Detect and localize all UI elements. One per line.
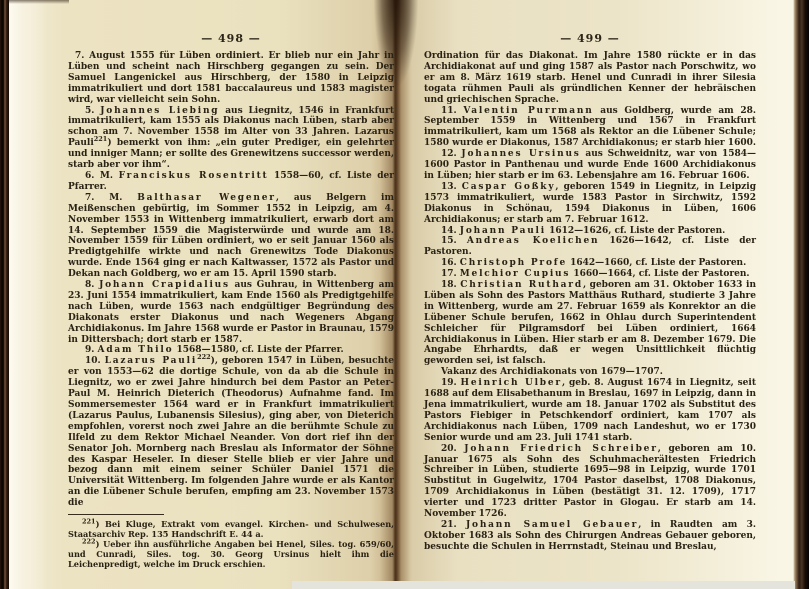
paragraph: Ordination für das Diakonat. Im Jahre 15… bbox=[424, 51, 756, 106]
footnote: 222) Ueber ihn ausführliche Angaben bei … bbox=[68, 539, 394, 569]
text-segment: Ordination für das Diakonat. Im Jahre 15… bbox=[424, 51, 756, 105]
text-segment: 12. bbox=[441, 149, 461, 159]
person-name: Christoph Profe bbox=[460, 258, 567, 268]
person-name: Franciskus Rosentritt bbox=[119, 171, 269, 181]
paragraph: 12. Johannes Ursinus aus Schweidnitz, wa… bbox=[424, 149, 756, 182]
paragraph: 9. Adam Thilo 1568—1580, cf. Liste der P… bbox=[68, 345, 394, 356]
text-segment: 8. bbox=[85, 280, 99, 290]
page-number-left: — 498 — bbox=[68, 32, 394, 45]
person-name: Melchior Cupius bbox=[460, 269, 570, 279]
person-name: Johann Friedrich Schreiber bbox=[464, 444, 657, 454]
paragraph: 7. M. Balthasar Wegener, aus Belgern im … bbox=[68, 193, 394, 280]
text-segment: , geboren am 31. Oktober 1633 in Lüben a… bbox=[424, 280, 756, 366]
person-name: Adam Thilo bbox=[98, 345, 174, 355]
right-page-text: Ordination für das Diakonat. Im Jahre 15… bbox=[424, 51, 756, 553]
footnote-marker: 222 bbox=[197, 353, 211, 361]
paragraph: 16. Christoph Profe 1642—1660, cf. Liste… bbox=[424, 258, 756, 269]
text-segment: 13. bbox=[441, 182, 462, 192]
book-cover-edge-left bbox=[0, 0, 9, 589]
paragraph: 11. Valentin Purrmann aus Goldberg, wurd… bbox=[424, 106, 756, 150]
person-name: Johann Crapidalius bbox=[99, 280, 230, 290]
text-segment: Vakanz des Archidiakonats von 1679—1707. bbox=[441, 367, 663, 377]
text-segment: ) Bei Kluge, Extrakt vom evangel. Kirche… bbox=[68, 519, 394, 539]
page-body: 7. August 1555 für Lüben ordiniert. Er b… bbox=[68, 51, 394, 509]
text-segment: 10. bbox=[85, 356, 105, 366]
text-segment: ) bemerkt von ihm: „ein guter Prediger, … bbox=[68, 138, 394, 170]
person-name: Valentin Purrmann bbox=[463, 106, 593, 116]
text-segment: 7. M. bbox=[85, 193, 137, 203]
person-name: Balthasar Wegener bbox=[137, 193, 276, 203]
text-segment: 21. bbox=[441, 520, 466, 530]
text-segment: 16. bbox=[441, 258, 460, 268]
paragraph: Vakanz des Archidiakonats von 1679—1707. bbox=[424, 367, 756, 378]
text-segment: 6. M. bbox=[85, 171, 119, 181]
text-segment: 5. bbox=[85, 106, 100, 116]
person-name: Heinrich Ulber bbox=[461, 378, 562, 388]
text-segment: 20. bbox=[441, 444, 464, 454]
text-segment: 1612—1626, cf. Liste der Pastoren. bbox=[546, 226, 725, 236]
text-segment: 17. bbox=[441, 269, 460, 279]
paragraph: 15. Andreas Koelichen 1626—1642, cf. Lis… bbox=[424, 236, 756, 258]
scan-top-edge bbox=[9, 0, 69, 4]
book-scan: — 498 — — 499 — 7. August 1555 für Lüben… bbox=[0, 0, 809, 589]
paragraph: 19. Heinrich Ulber, geb. 8. August 1674 … bbox=[424, 378, 756, 443]
paragraph: 7. August 1555 für Lüben ordiniert. Er b… bbox=[68, 51, 394, 106]
text-segment: 9. bbox=[85, 345, 98, 355]
text-segment: 1660—1664, cf. Liste der Pastoren. bbox=[570, 269, 749, 279]
text-segment: 7. August 1555 für Lüben ordiniert. Er b… bbox=[68, 51, 394, 105]
footnote: 221) Bei Kluge, Extrakt vom evangel. Kir… bbox=[68, 519, 394, 539]
paragraph: 18. Christian Ruthard, geboren am 31. Ok… bbox=[424, 280, 756, 367]
paragraph: 6. M. Franciskus Rosentritt 1558—60, cf.… bbox=[68, 171, 394, 193]
book-cover-edge-right bbox=[793, 0, 809, 589]
person-name: Andreas Koelichen bbox=[467, 236, 599, 246]
text-segment: , geboren am 10. Januar 1675 als Sohn de… bbox=[424, 444, 756, 519]
paragraph: 13. Caspar Goßky, geboren 1549 in Liegni… bbox=[424, 182, 756, 226]
person-name: Johannes Ursinus bbox=[461, 149, 580, 159]
person-name: Johannes Liebing bbox=[100, 106, 219, 116]
footnote-marker: 221 bbox=[82, 517, 96, 525]
person-name: Caspar Goßky bbox=[462, 182, 556, 192]
text-segment: 1642—1660, cf. Liste der Pastoren. bbox=[567, 258, 746, 268]
person-name: Christian Ruthard bbox=[460, 280, 583, 290]
left-page-text: 7. August 1555 für Lüben ordiniert. Er b… bbox=[68, 51, 394, 569]
paragraph: 5. Johannes Liebing aus Liegnitz, 1546 i… bbox=[68, 106, 394, 171]
footnote-marker: 222 bbox=[82, 537, 96, 545]
person-name: Johann Samuel Gebauer bbox=[466, 520, 638, 530]
footnotes: 221) Bei Kluge, Extrakt vom evangel. Kir… bbox=[68, 519, 394, 569]
scan-bottom-edge bbox=[292, 581, 795, 589]
text-segment: ), geboren 1547 in Lüben, besuchte er vo… bbox=[68, 356, 394, 508]
page-body: Ordination für das Diakonat. Im Jahre 15… bbox=[424, 51, 756, 553]
paragraph: 8. Johann Crapidalius aus Guhrau, in Wit… bbox=[68, 280, 394, 345]
text-segment: 11. bbox=[441, 106, 463, 116]
text-segment: 19. bbox=[441, 378, 461, 388]
person-name: Lazarus Pauli bbox=[105, 356, 198, 366]
paragraph: 20. Johann Friedrich Schreiber, geboren … bbox=[424, 444, 756, 520]
text-segment: 15. bbox=[441, 236, 467, 246]
left-page-edge-highlight bbox=[9, 0, 47, 589]
text-segment: , aus Belgern im Meißenschen gebürtig, i… bbox=[68, 193, 394, 279]
text-segment: ) Ueber ihn ausführliche Angaben bei Hen… bbox=[68, 539, 394, 569]
footnote-marker: 221 bbox=[94, 135, 108, 143]
paragraph: 17. Melchior Cupius 1660—1664, cf. Liste… bbox=[424, 269, 756, 280]
text-segment: 14. bbox=[441, 226, 460, 236]
page-number-right: — 499 — bbox=[424, 32, 756, 45]
paragraph: 10. Lazarus Pauli222), geboren 1547 in L… bbox=[68, 356, 394, 509]
paragraph: 21. Johann Samuel Gebauer, in Raudten am… bbox=[424, 520, 756, 553]
paragraph: 14. Johann Pauli 1612—1626, cf. Liste de… bbox=[424, 226, 756, 237]
footnote-divider bbox=[68, 514, 164, 515]
person-name: Johann Pauli bbox=[460, 226, 546, 236]
text-segment: 18. bbox=[441, 280, 460, 290]
